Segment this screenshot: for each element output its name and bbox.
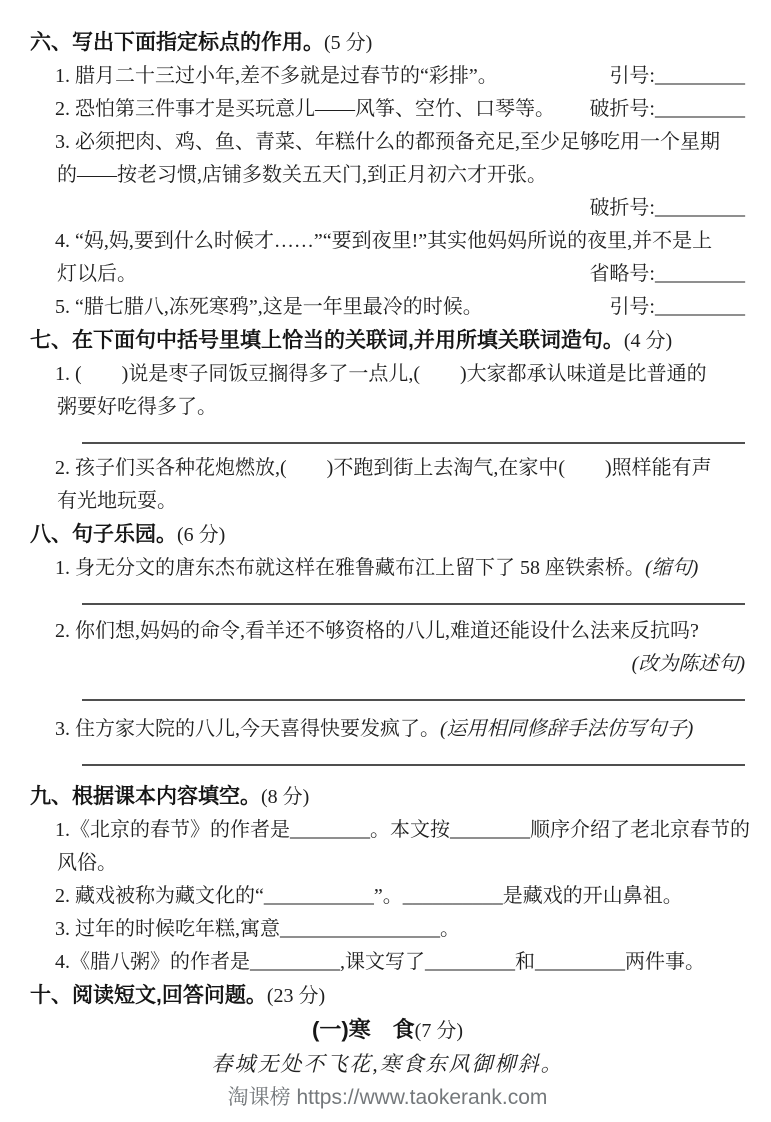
q6-item-4-answer-blank: 省略号:_________: [589, 258, 745, 291]
q7-item-1-answer-line: [82, 430, 745, 444]
poem-line: 春城无处不飞花,寒食东风御柳斜。: [30, 1048, 745, 1081]
q6-item-2-text: 2. 恐怕第三件事才是买玩意儿——风筝、空竹、口琴等。: [55, 93, 555, 126]
section-10-heading: 十、阅读短文,回答问题。(23 分): [30, 979, 745, 1013]
q6-item-1-answer-blank: 引号:_________: [609, 60, 745, 93]
q8-item-2-answer-line: [82, 687, 745, 701]
section-9-heading: 九、根据课本内容填空。(8 分): [30, 780, 745, 814]
q9-item-1-line-2: 风俗。: [57, 847, 745, 880]
section-6-score: (5 分): [324, 32, 372, 54]
q9-item-1-line-1: 1.《北京的春节》的作者是________。本文按________顺序介绍了老北…: [55, 814, 745, 847]
section-8-heading: 八、句子乐园。(6 分): [30, 518, 745, 552]
q8-item-1-text: 1. 身无分文的唐东杰布就这样在雅鲁藏布江上留下了 58 座铁索桥。: [55, 557, 645, 579]
section-7-title: 七、在下面句中括号里填上恰当的关联词,并用所填关联词造句。: [30, 329, 624, 352]
passage-title-text: (一)寒 食: [312, 1017, 415, 1042]
section-9-title: 九、根据课本内容填空。: [30, 785, 261, 808]
q6-item-4-line-2: 灯以后。 省略号:_________: [57, 258, 745, 291]
section-8-title: 八、句子乐园。: [30, 523, 177, 546]
section-6-heading: 六、写出下面指定标点的作用。(5 分): [30, 26, 745, 60]
section-9-score: (8 分): [261, 786, 309, 808]
q6-item-3-answer-blank: 破折号:_________: [30, 192, 745, 225]
q8-item-3: 3. 住方家大院的八儿,今天喜得快要发疯了。(运用相同修辞手法仿写句子): [55, 713, 745, 746]
q6-item-5: 5. “腊七腊八,冻死寒鸦”,这是一年里最冷的时候。 引号:_________: [55, 291, 745, 324]
watermark: 淘课榜 https://www.taokerank.com: [30, 1081, 745, 1114]
section-6-title: 六、写出下面指定标点的作用。: [30, 31, 324, 54]
q7-item-2-line-1: 2. 孩子们买各种花炮燃放,( )不跑到街上去淘气,在家中( )照样能有声: [55, 452, 745, 485]
q7-item-2-line-2: 有光地玩耍。: [57, 485, 745, 518]
q6-item-4-text: 灯以后。: [57, 258, 137, 291]
q8-item-1-remark: (缩句): [645, 557, 698, 579]
q6-item-2-answer-blank: 破折号:_________: [589, 93, 745, 126]
q6-item-5-text: 5. “腊七腊八,冻死寒鸦”,这是一年里最冷的时候。: [55, 291, 483, 324]
q8-item-3-remark: (运用相同修辞手法仿写句子): [440, 718, 693, 740]
q9-item-4: 4.《腊八粥》的作者是_________,课文写了_________和_____…: [55, 946, 745, 979]
q6-item-1-text: 1. 腊月二十三过小年,差不多就是过春节的“彩排”。: [55, 60, 498, 93]
section-10-score: (23 分): [267, 985, 325, 1007]
q8-item-2-remark: (改为陈述句): [30, 648, 745, 681]
q8-item-2-text: 2. 你们想,妈妈的命令,看羊还不够资格的八儿,难道还能设什么法来反抗吗?: [55, 615, 745, 648]
section-10-title: 十、阅读短文,回答问题。: [30, 984, 267, 1007]
section-7-score: (4 分): [624, 330, 672, 352]
q6-item-3-line-1: 3. 必须把肉、鸡、鱼、青菜、年糕什么的都预备充足,至少足够吃用一个星期: [55, 126, 745, 159]
q8-item-3-answer-line: [82, 752, 745, 766]
passage-title-score: (7 分): [415, 1020, 463, 1042]
q6-item-4-line-1: 4. “妈,妈,要到什么时候才……”“要到夜里!”其实他妈妈所说的夜里,并不是上: [55, 225, 745, 258]
section-8-score: (6 分): [177, 524, 225, 546]
q6-item-5-answer-blank: 引号:_________: [609, 291, 745, 324]
q8-item-1-answer-line: [82, 591, 745, 605]
section-7-heading: 七、在下面句中括号里填上恰当的关联词,并用所填关联词造句。(4 分): [30, 324, 745, 358]
q6-item-1: 1. 腊月二十三过小年,差不多就是过春节的“彩排”。 引号:_________: [55, 60, 745, 93]
q8-item-1: 1. 身无分文的唐东杰布就这样在雅鲁藏布江上留下了 58 座铁索桥。(缩句): [55, 552, 745, 585]
q9-item-2: 2. 藏戏被称为藏文化的“___________”。__________是藏戏的…: [55, 880, 745, 913]
reading-passage-title: (一)寒 食(7 分): [30, 1013, 745, 1048]
q9-item-3: 3. 过年的时候吃年糕,寓意________________。: [55, 913, 745, 946]
q7-item-1-line-1: 1. ( )说是枣子同饭豆搁得多了一点儿,( )大家都承认味道是比普通的: [55, 358, 745, 391]
q6-item-3-line-2: 的——按老习惯,店铺多数关五天门,到正月初六才开张。: [57, 159, 745, 192]
q7-item-1-line-2: 粥要好吃得多了。: [57, 391, 745, 424]
worksheet-page: 六、写出下面指定标点的作用。(5 分) 1. 腊月二十三过小年,差不多就是过春节…: [0, 0, 771, 1114]
q8-item-3-text: 3. 住方家大院的八儿,今天喜得快要发疯了。: [55, 718, 440, 740]
q6-item-2: 2. 恐怕第三件事才是买玩意儿——风筝、空竹、口琴等。 破折号:________…: [55, 93, 745, 126]
